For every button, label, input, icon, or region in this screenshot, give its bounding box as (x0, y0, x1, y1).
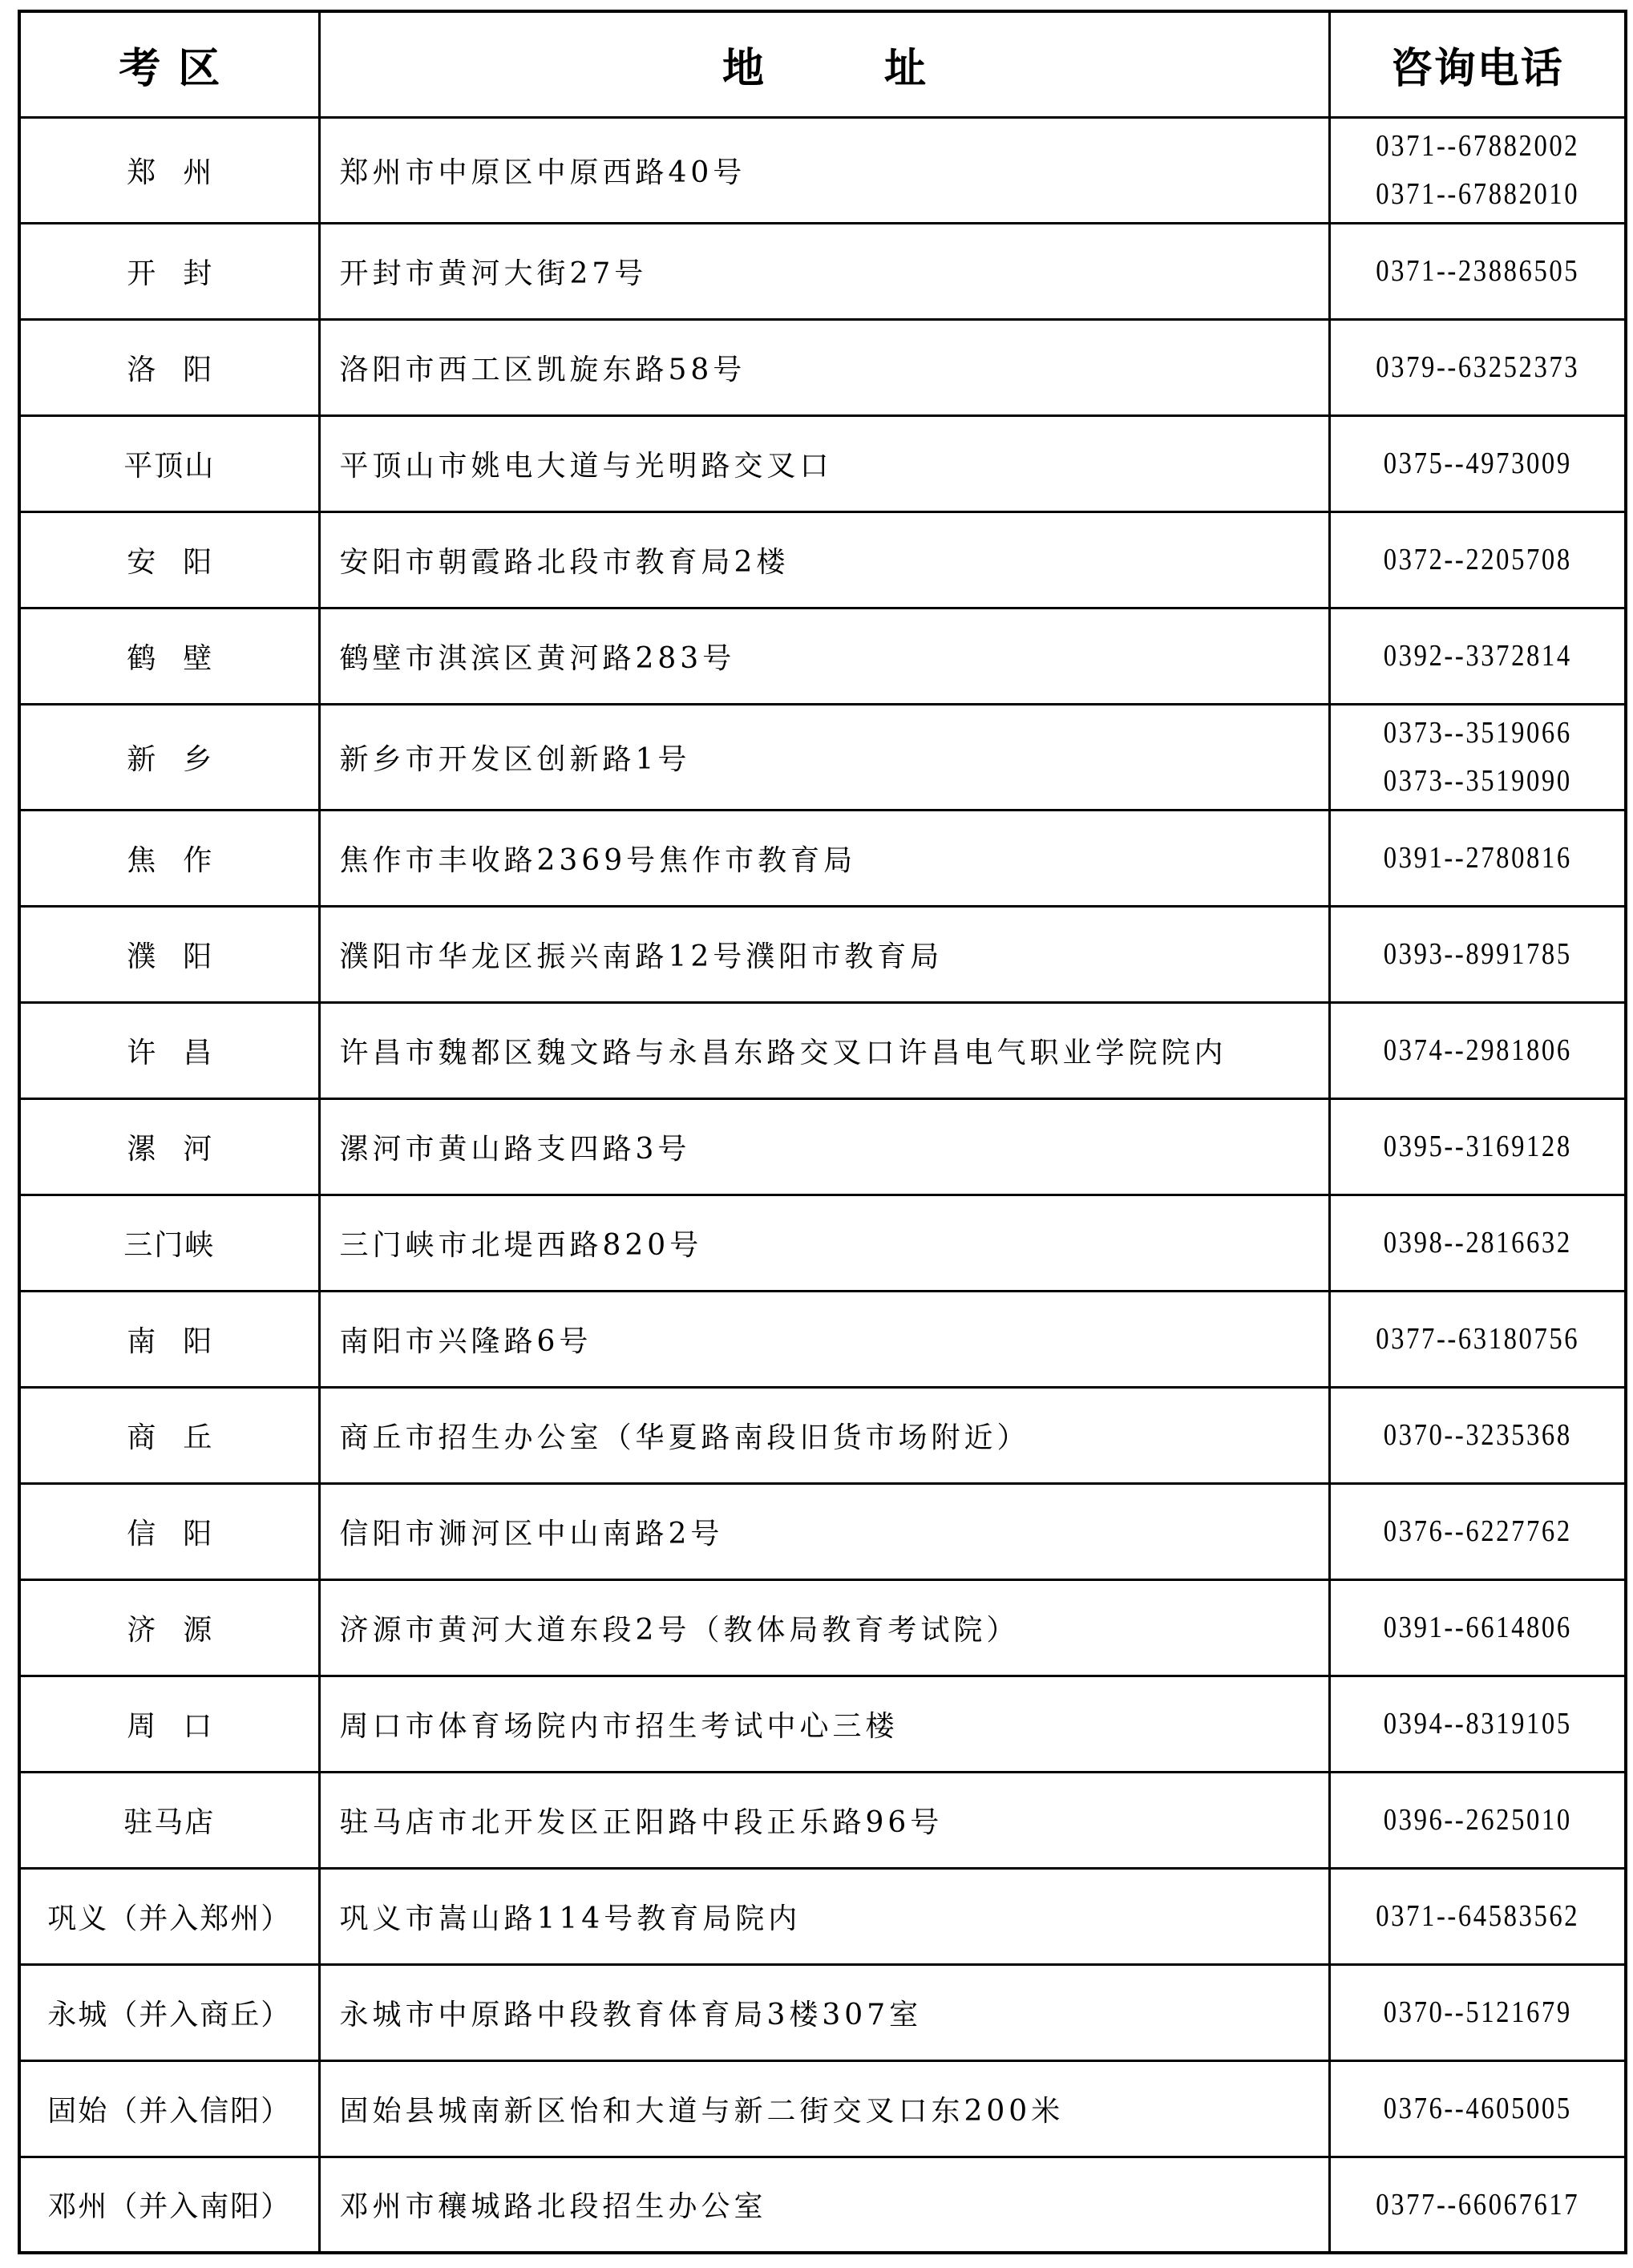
exam-area-name: 济源 (99, 1614, 239, 1647)
cell-phone: 0391--2780816 (1329, 810, 1626, 906)
exam-area-name: 焦作 (99, 844, 239, 877)
cell-address: 驻马店市北开发区正阳路中段正乐路96号 (319, 1772, 1329, 1868)
phone-number: 0392--3372814 (1351, 632, 1603, 680)
table-row: 许昌许昌市魏都区魏文路与永昌东路交叉口许昌电气职业学院院内0374--29818… (19, 1002, 1626, 1098)
cell-address: 商丘市招生办公室（华夏路南段旧货市场附近） (319, 1387, 1329, 1483)
cell-phone: 0377--63180756 (1329, 1291, 1626, 1387)
table-row: 洛阳洛阳市西工区凯旋东路58号0379--63252373 (19, 319, 1626, 415)
cell-address: 焦作市丰收路2369号焦作市教育局 (319, 810, 1329, 906)
cell-phone: 0375--4973009 (1329, 415, 1626, 511)
cell-phone: 0394--8319105 (1329, 1676, 1626, 1772)
cell-address: 新乡市开发区创新路1号 (319, 704, 1329, 810)
cell-exam-area: 濮阳 (19, 906, 319, 1002)
cell-exam-area: 新乡 (19, 704, 319, 810)
table-row: 三门峡三门峡市北堤西路820号0398--2816632 (19, 1195, 1626, 1291)
cell-address: 信阳市浉河区中山南路2号 (319, 1483, 1329, 1579)
exam-area-name: 许昌 (99, 1037, 239, 1069)
phone-number: 0391--6614806 (1351, 1603, 1603, 1651)
exam-area-name: 漯河 (99, 1133, 239, 1166)
cell-exam-area: 济源 (19, 1579, 319, 1676)
phone-number: 0371--67882010 (1351, 170, 1603, 218)
phone-number: 0394--8319105 (1351, 1700, 1603, 1748)
cell-phone: 0398--2816632 (1329, 1195, 1626, 1291)
phone-number: 0373--3519090 (1351, 757, 1603, 805)
phone-number: 0370--3235368 (1351, 1411, 1603, 1459)
phone-number: 0374--2981806 (1351, 1026, 1603, 1074)
table-row: 漯河漯河市黄山路支四路3号0395--3169128 (19, 1098, 1626, 1195)
table-row: 焦作焦作市丰收路2369号焦作市教育局0391--2780816 (19, 810, 1626, 906)
cell-address: 许昌市魏都区魏文路与永昌东路交叉口许昌电气职业学院院内 (319, 1002, 1329, 1098)
cell-exam-area: 许昌 (19, 1002, 319, 1098)
cell-phone: 0374--2981806 (1329, 1002, 1626, 1098)
cell-address: 郑州市中原区中原西路40号 (319, 117, 1329, 223)
phone-number: 0372--2205708 (1351, 536, 1603, 584)
cell-phone: 0372--2205708 (1329, 511, 1626, 608)
cell-address: 洛阳市西工区凯旋东路58号 (319, 319, 1329, 415)
phone-number: 0377--63180756 (1351, 1315, 1603, 1363)
cell-phone: 0391--6614806 (1329, 1579, 1626, 1676)
table-body: 郑州郑州市中原区中原西路40号0371--678820020371--67882… (19, 117, 1626, 2253)
cell-exam-area: 开封 (19, 223, 319, 319)
cell-exam-area: 商丘 (19, 1387, 319, 1483)
phone-number: 0391--2780816 (1351, 834, 1603, 882)
exam-area-name: 信阳 (99, 1518, 239, 1550)
phone-number: 0393--8991785 (1351, 930, 1603, 978)
exam-area-name: 三门峡 (123, 1229, 215, 1262)
header-address: 地址 (319, 11, 1329, 117)
cell-address: 济源市黄河大道东段2号（教体局教育考试院） (319, 1579, 1329, 1676)
cell-address: 永城市中原路中段教育体育局3楼307室 (319, 1964, 1329, 2060)
cell-address: 开封市黄河大街27号 (319, 223, 1329, 319)
header-exam-area: 考区 (19, 11, 319, 117)
cell-phone: 0393--8991785 (1329, 906, 1626, 1002)
cell-phone: 0371--23886505 (1329, 223, 1626, 319)
phone-number: 0370--5121679 (1351, 1988, 1603, 2036)
cell-phone: 0376--4605005 (1329, 2060, 1626, 2157)
phone-number: 0395--3169128 (1351, 1122, 1603, 1170)
cell-address: 平顶山市姚电大道与光明路交叉口 (319, 415, 1329, 511)
phone-number: 0376--4605005 (1351, 2084, 1603, 2133)
cell-exam-area: 周口 (19, 1676, 319, 1772)
cell-exam-area: 巩义（并入郑州） (19, 1868, 319, 1964)
cell-exam-area: 鹤壁 (19, 608, 319, 704)
table-row: 濮阳濮阳市华龙区振兴南路12号濮阳市教育局0393--8991785 (19, 906, 1626, 1002)
table-row: 永城（并入商丘）永城市中原路中段教育体育局3楼307室0370--5121679 (19, 1964, 1626, 2060)
cell-phone: 0371--64583562 (1329, 1868, 1626, 1964)
cell-phone: 0396--2625010 (1329, 1772, 1626, 1868)
table-row: 驻马店驻马店市北开发区正阳路中段正乐路96号0396--2625010 (19, 1772, 1626, 1868)
exam-area-name: 南阳 (99, 1325, 239, 1358)
cell-exam-area: 洛阳 (19, 319, 319, 415)
exam-area-name: 固始（并入信阳） (47, 2095, 291, 2128)
cell-phone: 0373--35190660373--3519090 (1329, 704, 1626, 810)
cell-exam-area: 焦作 (19, 810, 319, 906)
cell-phone: 0379--63252373 (1329, 319, 1626, 415)
table-row: 鹤壁鹤壁市淇滨区黄河路283号0392--3372814 (19, 608, 1626, 704)
cell-phone: 0392--3372814 (1329, 608, 1626, 704)
phone-number: 0371--64583562 (1351, 1892, 1603, 1940)
header-row: 考区 地址 咨询电话 (19, 11, 1626, 117)
cell-address: 邓州市穰城路北段招生办公室 (319, 2157, 1329, 2253)
table-row: 开封开封市黄河大街27号0371--23886505 (19, 223, 1626, 319)
exam-area-name: 永城（并入商丘） (47, 1999, 291, 2031)
cell-exam-area: 固始（并入信阳） (19, 2060, 319, 2157)
cell-exam-area: 信阳 (19, 1483, 319, 1579)
cell-exam-area: 三门峡 (19, 1195, 319, 1291)
exam-area-name: 濮阳 (99, 940, 239, 973)
exam-area-name: 郑州 (99, 156, 239, 189)
cell-address: 濮阳市华龙区振兴南路12号濮阳市教育局 (319, 906, 1329, 1002)
table-row: 新乡新乡市开发区创新路1号0373--35190660373--3519090 (19, 704, 1626, 810)
phone-number: 0375--4973009 (1351, 439, 1603, 487)
table-row: 邓州（并入南阳）邓州市穰城路北段招生办公室0377--66067617 (19, 2157, 1626, 2253)
table-row: 固始（并入信阳）固始县城南新区怡和大道与新二街交叉口东200米0376--460… (19, 2060, 1626, 2157)
exam-area-name: 周口 (99, 1710, 239, 1743)
cell-address: 安阳市朝霞路北段市教育局2楼 (319, 511, 1329, 608)
cell-exam-area: 邓州（并入南阳） (19, 2157, 319, 2253)
table-row: 信阳信阳市浉河区中山南路2号0376--6227762 (19, 1483, 1626, 1579)
cell-address: 南阳市兴隆路6号 (319, 1291, 1329, 1387)
cell-phone: 0370--5121679 (1329, 1964, 1626, 2060)
cell-address: 漯河市黄山路支四路3号 (319, 1098, 1329, 1195)
phone-number: 0376--6227762 (1351, 1507, 1603, 1555)
cell-phone: 0370--3235368 (1329, 1387, 1626, 1483)
table-header: 考区 地址 咨询电话 (19, 11, 1626, 117)
table-row: 商丘商丘市招生办公室（华夏路南段旧货市场附近）0370--3235368 (19, 1387, 1626, 1483)
cell-exam-area: 永城（并入商丘） (19, 1964, 319, 2060)
exam-area-name: 商丘 (99, 1421, 239, 1454)
cell-phone: 0376--6227762 (1329, 1483, 1626, 1579)
exam-area-name: 驻马店 (123, 1806, 215, 1839)
exam-area-name: 新乡 (99, 743, 239, 776)
exam-area-name: 平顶山 (123, 450, 215, 483)
table-row: 周口周口市体育场院内市招生考试中心三楼0394--8319105 (19, 1676, 1626, 1772)
cell-exam-area: 驻马店 (19, 1772, 319, 1868)
phone-number: 0379--63252373 (1351, 343, 1603, 391)
cell-exam-area: 平顶山 (19, 415, 319, 511)
cell-exam-area: 漯河 (19, 1098, 319, 1195)
table-row: 南阳南阳市兴隆路6号0377--63180756 (19, 1291, 1626, 1387)
cell-exam-area: 安阳 (19, 511, 319, 608)
cell-address: 三门峡市北堤西路820号 (319, 1195, 1329, 1291)
exam-area-contact-table: 考区 地址 咨询电话 郑州郑州市中原区中原西路40号0371--67882002… (18, 10, 1627, 2254)
cell-exam-area: 南阳 (19, 1291, 319, 1387)
exam-area-name: 开封 (99, 257, 239, 290)
exam-area-name: 洛阳 (99, 354, 239, 386)
table-row: 济源济源市黄河大道东段2号（教体局教育考试院）0391--6614806 (19, 1579, 1626, 1676)
exam-area-name: 邓州（并入南阳） (47, 2190, 291, 2223)
phone-number: 0398--2816632 (1351, 1219, 1603, 1267)
phone-number: 0371--67882002 (1351, 122, 1603, 170)
phone-number: 0371--23886505 (1351, 247, 1603, 295)
exam-area-name: 安阳 (99, 546, 239, 579)
exam-area-name: 鹤壁 (99, 642, 239, 675)
phone-number: 0377--66067617 (1351, 2181, 1603, 2229)
cell-phone: 0371--678820020371--67882010 (1329, 117, 1626, 223)
cell-exam-area: 郑州 (19, 117, 319, 223)
table-row: 平顶山平顶山市姚电大道与光明路交叉口0375--4973009 (19, 415, 1626, 511)
cell-address: 周口市体育场院内市招生考试中心三楼 (319, 1676, 1329, 1772)
cell-phone: 0395--3169128 (1329, 1098, 1626, 1195)
phone-number: 0396--2625010 (1351, 1796, 1603, 1844)
exam-area-name: 巩义（并入郑州） (47, 1902, 291, 1935)
table-row: 郑州郑州市中原区中原西路40号0371--678820020371--67882… (19, 117, 1626, 223)
phone-number: 0373--3519066 (1351, 709, 1603, 757)
cell-address: 巩义市嵩山路114号教育局院内 (319, 1868, 1329, 1964)
table-row: 巩义（并入郑州）巩义市嵩山路114号教育局院内0371--64583562 (19, 1868, 1626, 1964)
table-row: 安阳安阳市朝霞路北段市教育局2楼0372--2205708 (19, 511, 1626, 608)
cell-phone: 0377--66067617 (1329, 2157, 1626, 2253)
cell-address: 固始县城南新区怡和大道与新二街交叉口东200米 (319, 2060, 1329, 2157)
cell-address: 鹤壁市淇滨区黄河路283号 (319, 608, 1329, 704)
header-phone: 咨询电话 (1329, 11, 1626, 117)
